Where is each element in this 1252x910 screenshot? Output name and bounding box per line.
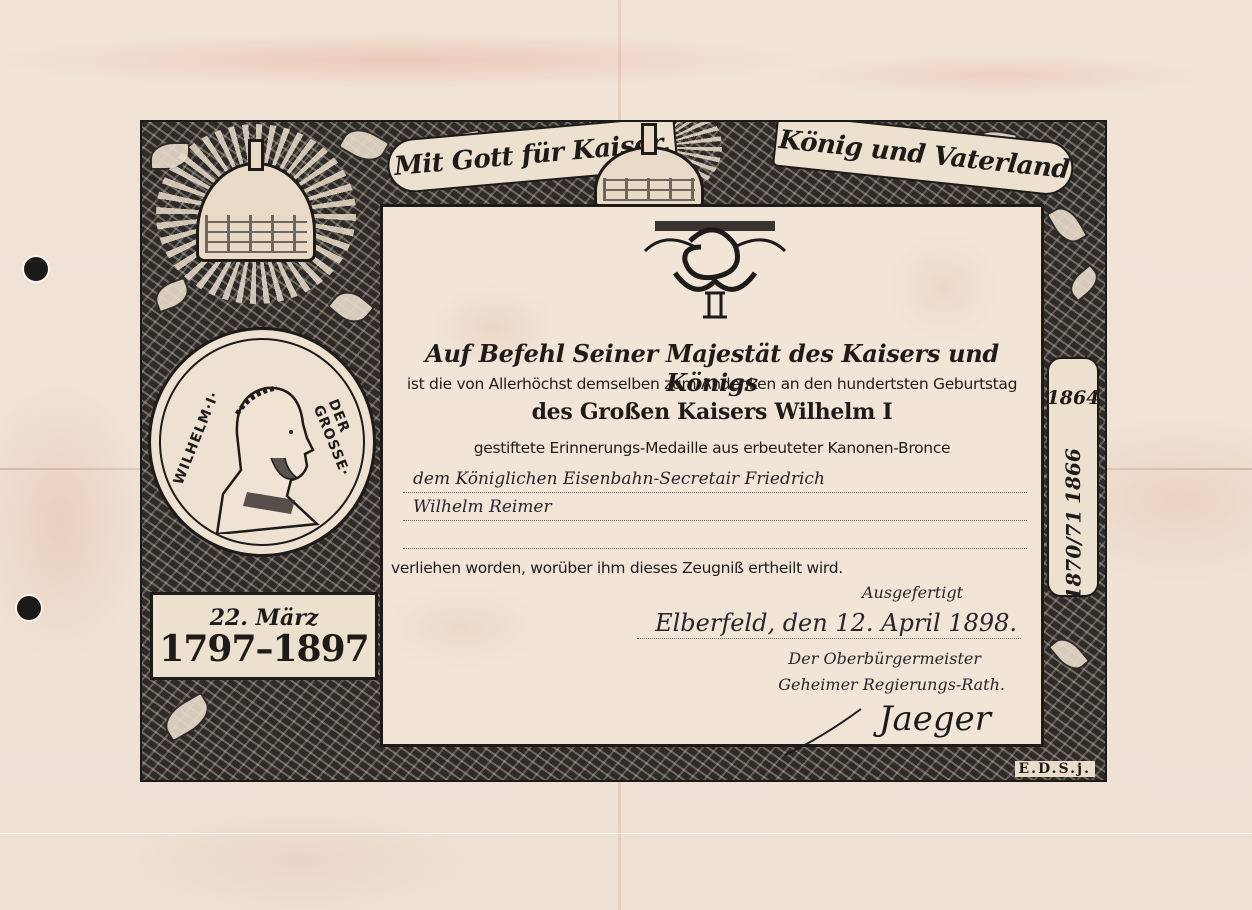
recipient-line: dem Königlichen Eisenbahn-Secretair Frie… — [403, 469, 1027, 493]
royal-cipher-icon — [635, 221, 795, 321]
certificate-emperor-line: des Großen Kaisers Wilhelm I — [383, 399, 1041, 425]
issued-label: Ausgefertigt — [862, 583, 963, 602]
punch-hole-top — [24, 257, 48, 281]
ornamental-frame: Mit Gott für Kaiser, König und Vaterland… — [140, 120, 1107, 782]
emperor-portrait-icon — [207, 374, 327, 534]
plaque-years: 1797–1897 — [159, 631, 368, 667]
signatory-office: Der Oberbürgermeister — [788, 649, 981, 668]
place-and-date: Elberfeld, den 12. April 1898. — [637, 609, 1021, 639]
lower-fold-crease — [0, 833, 1252, 834]
portrait-medallion: WILHELM·I· DER GROSSE· — [148, 327, 376, 557]
signatory-title: Geheimer Regierungs-Rath. — [778, 675, 1005, 694]
certificate-panel: Auf Befehl Seiner Majestät des Kaisers u… — [380, 204, 1044, 747]
signature-flourish-icon — [783, 707, 863, 757]
certificate-closing-line: verliehen worden, worüber ihm dieses Zeu… — [391, 559, 843, 577]
campaign-year: 1870/71 — [1061, 510, 1085, 601]
punch-hole-bottom — [17, 596, 41, 620]
certificate-medal-line: gestiftete Erinnerungs-Medaille aus erbe… — [383, 439, 1041, 457]
campaign-years-ribbon: 1864 1866 1870/71 — [1047, 357, 1099, 597]
artist-monogram: E.D.S.j. — [1015, 761, 1096, 777]
recipient-line: Wilhelm Reimer — [403, 497, 1027, 521]
campaign-year: 1866 — [1061, 448, 1085, 504]
campaign-year: 1864 — [1047, 387, 1100, 409]
certificate-text-line: ist die von Allerhöchst demselben zum An… — [383, 375, 1041, 393]
date-plaque: 22. März 1797–1897 — [150, 592, 378, 680]
signature: Jaeger — [879, 699, 991, 739]
recipient-line — [403, 525, 1027, 549]
